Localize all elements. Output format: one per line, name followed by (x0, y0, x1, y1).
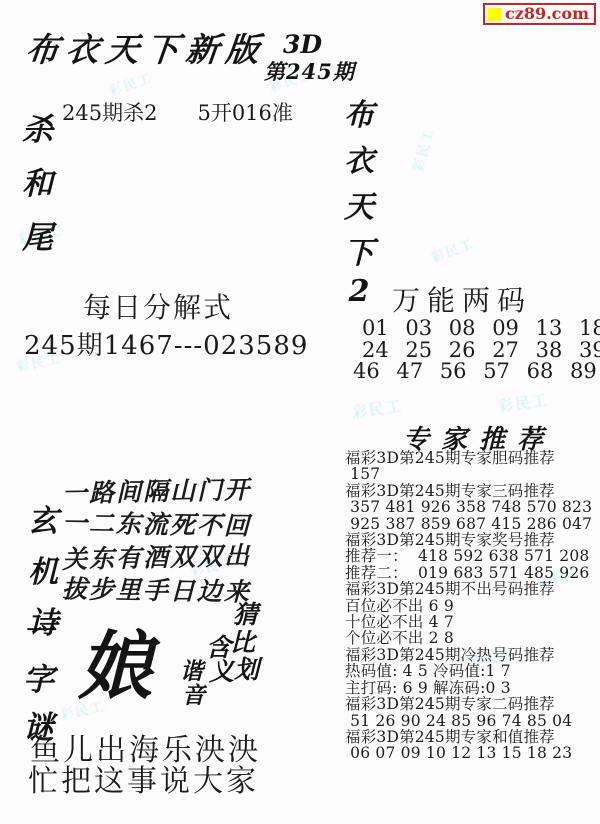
kill-sum-tail-vertical: 杀 和 尾 (22, 104, 53, 257)
expert-line: 主打码: 6 9 解冻码:0 3 (345, 680, 595, 696)
poem-line: 关东有酒双双出 (62, 536, 255, 573)
expert-line: 925 387 859 687 415 286 047 (345, 516, 595, 532)
expert-line: 06 07 09 10 12 13 15 18 23 (345, 745, 595, 761)
vertical-char: 2 (349, 274, 370, 309)
expert-line: 福彩3D第245期专家三码推荐 (345, 483, 595, 499)
vertical-char: 玄 (28, 496, 58, 540)
riddle-hint-char: 义 (209, 659, 234, 684)
vertical-char: 字 (23, 654, 54, 699)
riddle-answer-char: 娘 (78, 630, 152, 704)
expert-line: 357 481 926 358 748 570 823 (345, 499, 595, 515)
expert-line: 51 26 90 24 85 96 74 85 04 (345, 713, 595, 729)
expert-recommend-list: 福彩3D第245期专家胆码推荐 157 福彩3D第245期专家三码推荐 357 … (345, 450, 595, 762)
expert-line: 福彩3D第245期冷热号码推荐 (345, 647, 595, 663)
vertical-char: 尾 (22, 212, 53, 257)
accuracy-stat: 5开016准 (197, 97, 292, 127)
brand-vertical: 布 衣 天 下 2 (344, 90, 374, 309)
issue-number: 第245期 (264, 56, 355, 86)
expert-line: 百位必不出 6 9 (345, 598, 595, 614)
riddle-hint-char: 划 (234, 657, 259, 682)
expert-line: 福彩3D第245期专家二码推荐 (345, 696, 595, 712)
expert-line: 推荐二： 019 683 571 485 926 (345, 565, 595, 581)
mystery-poem: 一路间隔山门开 一二东流死不回 关东有酒双双出 拔步里手日边来 (62, 472, 254, 604)
riddle-hint-char: 音 (182, 684, 205, 707)
riddle-hint-char: 猜 (233, 602, 258, 627)
expert-line: 个位必不出 2 8 (345, 630, 595, 646)
bottom-couplet-line2: 忙把这事说大家 (28, 756, 259, 800)
vertical-char: 杀 (22, 104, 53, 149)
riddle-hint-char: 谐 (180, 660, 203, 683)
kill-stat: 245期杀2 (62, 97, 157, 127)
two-codes-row: 01 03 08 09 13 18 19? (362, 316, 600, 340)
subheader-stats: 245期杀2 5开016准 (62, 97, 293, 127)
vertical-char: 下 (344, 228, 374, 272)
edition-label: 3D (283, 30, 322, 59)
two-codes-row: 46 47 56 57 68 89 (353, 359, 597, 383)
expert-line: 福彩3D第245期不出号码推荐 (345, 581, 595, 597)
tip-sheet-page: 彩民工 彩民工 彩民工 彩民工 彩民工 彩民工 彩民工 彩民工 彩民工 彩民工 … (0, 0, 600, 824)
daily-decompose-title: 每日分解式 (83, 286, 233, 326)
watermark-text: 彩民工 (428, 233, 477, 266)
expert-line: 推荐一： 418 592 638 571 208 (345, 548, 595, 564)
poem-line: 一路间隔山门开 (62, 470, 255, 507)
poem-line: 拔步里手日边来 (62, 569, 255, 605)
watermark-text: 彩民工 (106, 68, 155, 100)
vertical-char: 一 (23, 606, 54, 651)
spacer (157, 97, 197, 127)
vertical-char: 天 (344, 182, 374, 226)
watermark-text: 彩民工 (497, 389, 550, 417)
expert-line: 十位必不出 4 7 (345, 614, 595, 630)
poem-line: 一二东流死不回 (62, 503, 255, 539)
daily-decompose-formula: 245期1467---023589 (24, 325, 308, 362)
two-codes-title: 万能两码 (392, 279, 532, 319)
site-badge[interactable]: cz89.com (483, 3, 596, 25)
expert-line: 157 (345, 466, 595, 482)
site-badge-label: cz89.com (505, 6, 589, 22)
vertical-char: 衣 (344, 136, 374, 180)
vertical-char: 布 (344, 90, 374, 134)
watermark-text: 彩民工 (351, 395, 404, 423)
page-title: 布衣天下新版 (24, 24, 269, 71)
riddle-hint-char: 比 (230, 630, 255, 655)
yellow-square-icon (488, 8, 501, 21)
vertical-char: 和 (22, 158, 53, 203)
expert-line: 福彩3D第245期专家奖号推荐 (345, 532, 595, 548)
watermark-text: 彩民工 (408, 125, 438, 173)
expert-line: 热码值: 4 5 冷码值:1 7 (345, 663, 595, 679)
expert-line: 福彩3D第245期专家和值推荐 (345, 729, 595, 745)
vertical-char: 机 (28, 547, 58, 591)
expert-line: 福彩3D第245期专家胆码推荐 (345, 450, 595, 466)
